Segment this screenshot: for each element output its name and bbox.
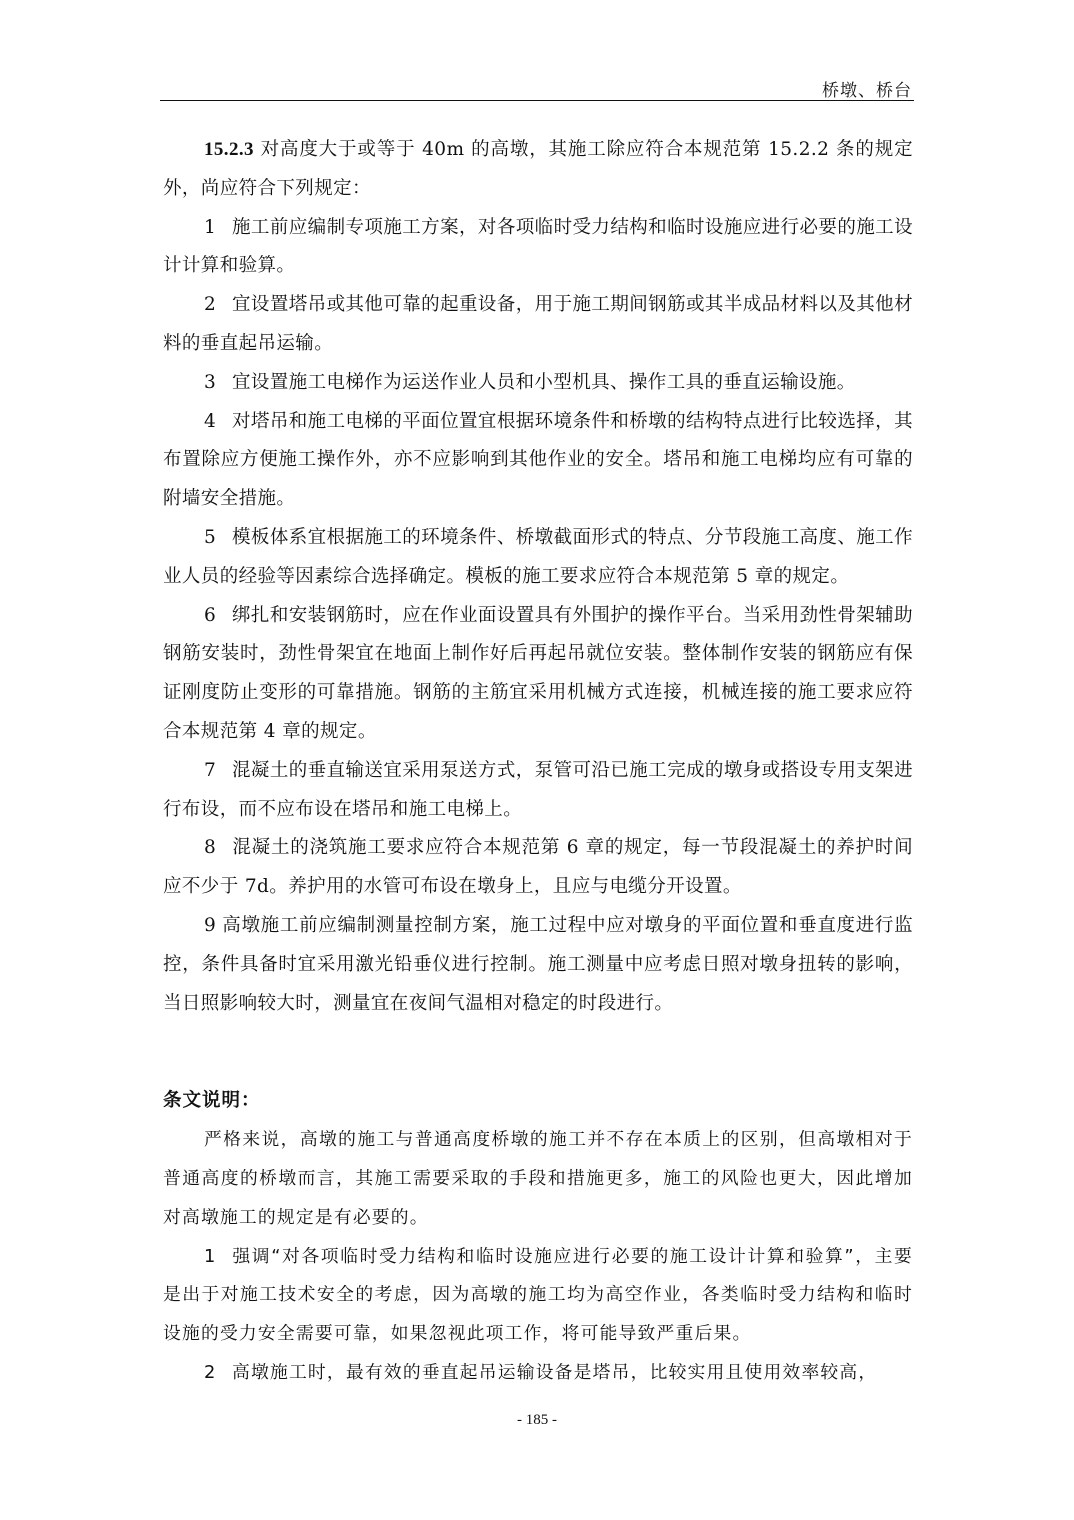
item-text: 宜设置塔吊或其他可靠的起重设备，用于施工期间钢筋或其半成品材料以及其他材料的垂直… [163, 294, 913, 354]
explanation-intro: 严格来说，高墩的施工与普通高度桥墩的施工并不存在本质上的区别，但高墩相对于普通高… [163, 1121, 913, 1237]
item-number: 7 [204, 752, 232, 791]
item-text: 施工前应编制专项施工方案，对各项临时受力结构和临时设施应进行必要的施工设计计算和… [163, 217, 913, 277]
running-header-title: 桥墩、桥台 [822, 76, 912, 101]
explanation-title: 条文说明： [163, 1082, 913, 1121]
item-number: 2 [204, 286, 232, 325]
item-number: 2 [204, 1354, 232, 1393]
explanation-item: 2高墩施工时，最有效的垂直起吊运输设备是塔吊，比较实用且使用效率较高， [163, 1354, 913, 1393]
clause-item: 9高墩施工前应编制测量控制方案，施工过程中应对墩身的平面位置和垂直度进行监控，条… [163, 907, 913, 1023]
explanation-item: 1强调“对各项临时受力结构和临时设施应进行必要的施工设计计算和验算”，主要是出于… [163, 1238, 913, 1354]
clause-item: 7混凝土的垂直输送宜采用泵送方式，泵管可沿已施工完成的墩身或搭设专用支架进行布设… [163, 752, 913, 830]
document-page: 桥墩、桥台 15.2.3 对高度大于或等于 40m 的高墩，其施工除应符合本规范… [0, 0, 1074, 1520]
item-number: 1 [204, 209, 232, 248]
item-number: 8 [204, 829, 232, 868]
clause-item: 5模板体系宜根据施工的环境条件、桥墩截面形式的特点、分节段施工高度、施工作业人员… [163, 519, 913, 597]
clause-item: 4对塔吊和施工电梯的平面位置宜根据环境条件和桥墩的结构特点进行比较选择，其布置除… [163, 403, 913, 519]
running-header: 桥墩、桥台 [160, 74, 914, 101]
page-content: 15.2.3 对高度大于或等于 40m 的高墩，其施工除应符合本规范第 15.2… [163, 131, 913, 1393]
clause-item: 1施工前应编制专项施工方案，对各项临时受力结构和临时设施应进行必要的施工设计计算… [163, 209, 913, 287]
clause-item: 3宜设置施工电梯作为运送作业人员和小型机具、操作工具的垂直运输设施。 [163, 364, 913, 403]
item-text: 高墩施工时，最有效的垂直起吊运输设备是塔吊，比较实用且使用效率较高， [232, 1362, 877, 1383]
item-text: 混凝土的垂直输送宜采用泵送方式，泵管可沿已施工完成的墩身或搭设专用支架进行布设，… [163, 760, 913, 820]
clause-item: 6绑扎和安装钢筋时，应在作业面设置具有外围护的操作平台。当采用劲性骨架辅助钢筋安… [163, 597, 913, 752]
clause-intro: 15.2.3 对高度大于或等于 40m 的高墩，其施工除应符合本规范第 15.2… [163, 131, 913, 209]
clause-item: 8混凝土的浇筑施工要求应符合本规范第 6 章的规定，每一节段混凝土的养护时间应不… [163, 829, 913, 907]
clause-intro-text: 对高度大于或等于 40m 的高墩，其施工除应符合本规范第 15.2.2 条的规定… [163, 139, 913, 199]
item-number: 9 [204, 907, 222, 946]
item-number: 1 [204, 1238, 232, 1277]
item-number: 6 [204, 597, 232, 636]
item-text: 高墩施工前应编制测量控制方案，施工过程中应对墩身的平面位置和垂直度进行监控，条件… [163, 915, 913, 1014]
page-number: - 185 - [0, 1412, 1074, 1429]
section-gap [163, 1023, 913, 1082]
item-text: 混凝土的浇筑施工要求应符合本规范第 6 章的规定，每一节段混凝土的养护时间应不少… [163, 837, 913, 897]
item-number: 4 [204, 403, 232, 442]
item-text: 对塔吊和施工电梯的平面位置宜根据环境条件和桥墩的结构特点进行比较选择，其布置除应… [163, 411, 913, 510]
item-text: 绑扎和安装钢筋时，应在作业面设置具有外围护的操作平台。当采用劲性骨架辅助钢筋安装… [163, 605, 913, 742]
clause-item: 2宜设置塔吊或其他可靠的起重设备，用于施工期间钢筋或其半成品材料以及其他材料的垂… [163, 286, 913, 364]
item-text: 强调“对各项临时受力结构和临时设施应进行必要的施工设计计算和验算”，主要是出于对… [163, 1246, 913, 1345]
item-number: 3 [204, 364, 232, 403]
item-number: 5 [204, 519, 232, 558]
item-text: 宜设置施工电梯作为运送作业人员和小型机具、操作工具的垂直运输设施。 [232, 372, 856, 393]
item-text: 模板体系宜根据施工的环境条件、桥墩截面形式的特点、分节段施工高度、施工作业人员的… [163, 527, 913, 587]
clause-number: 15.2.3 [204, 139, 254, 160]
